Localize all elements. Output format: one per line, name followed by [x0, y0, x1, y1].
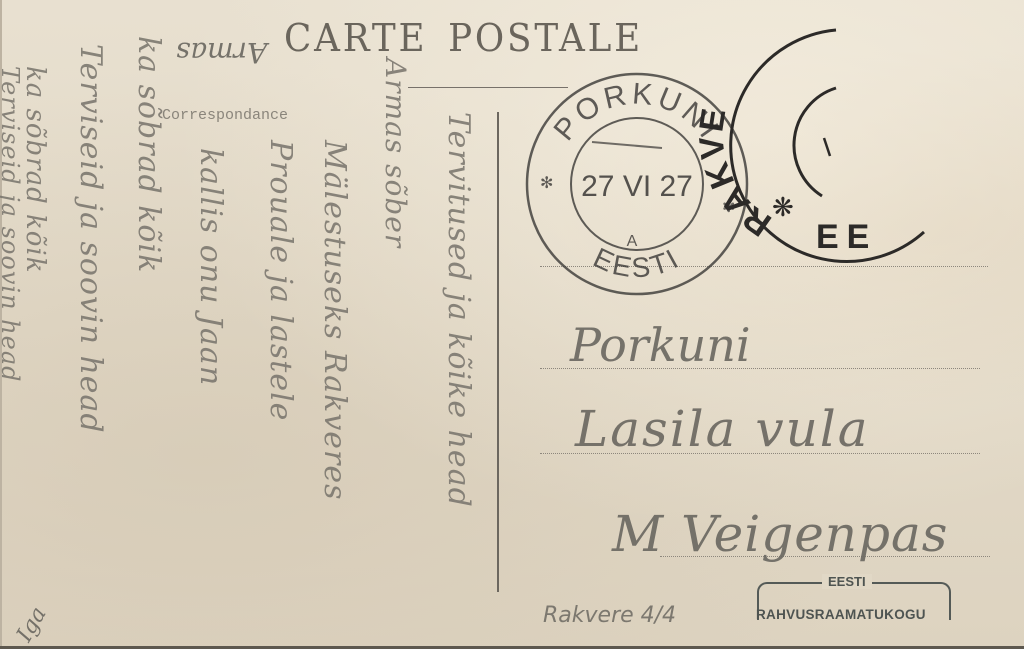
archive-pencil-note: Rakvere 4/4: [543, 603, 676, 628]
address-recipient: M Veigenpas: [612, 505, 948, 563]
message-upside-down: Armas: [176, 36, 267, 69]
address-parish: Lasila vula: [575, 400, 870, 458]
svg-text:❋: ❋: [772, 193, 794, 222]
center-divider: [497, 112, 499, 592]
correspondence-label: Correspondance: [162, 107, 288, 124]
message-line: Prouale ja lastele: [263, 140, 298, 421]
message-line: ka sõbrad kõik: [131, 36, 166, 273]
printed-title: CARTEPOSTALE: [284, 16, 643, 60]
postcard-back: CARTEPOSTALE Correspondance Porkuni Lasi…: [0, 0, 1024, 649]
transit-postmark-icon: RAKVE EE ❋: [736, 26, 936, 266]
svg-text:A: A: [627, 233, 638, 250]
message-line: Tervitused ja kõike head: [441, 112, 476, 508]
library-stamp-top: EESTI: [822, 574, 872, 589]
message-line: Terviseid ja soovin head: [0, 66, 24, 383]
svg-text:27 VI 27: 27 VI 27: [581, 170, 693, 203]
address-village: Porkuni: [570, 318, 751, 372]
svg-text:✻: ✻: [540, 175, 553, 192]
library-stamp-name: RAHVUSRAAMATUKOGU: [756, 607, 926, 622]
corner-note: Iga: [12, 603, 52, 647]
message-line: Armas sõber: [379, 58, 412, 248]
message-line: Mälestuseks Rakveres: [317, 140, 352, 501]
message-line: ka sõbrad kõik: [20, 66, 50, 273]
svg-text:EE: EE: [816, 218, 877, 256]
title-word-carte: CARTE: [284, 16, 427, 60]
message-line: kallis onu Jaan: [193, 148, 228, 386]
title-word-postale: POSTALE: [448, 16, 643, 60]
message-line: Terviseid ja soovin head: [73, 44, 108, 434]
